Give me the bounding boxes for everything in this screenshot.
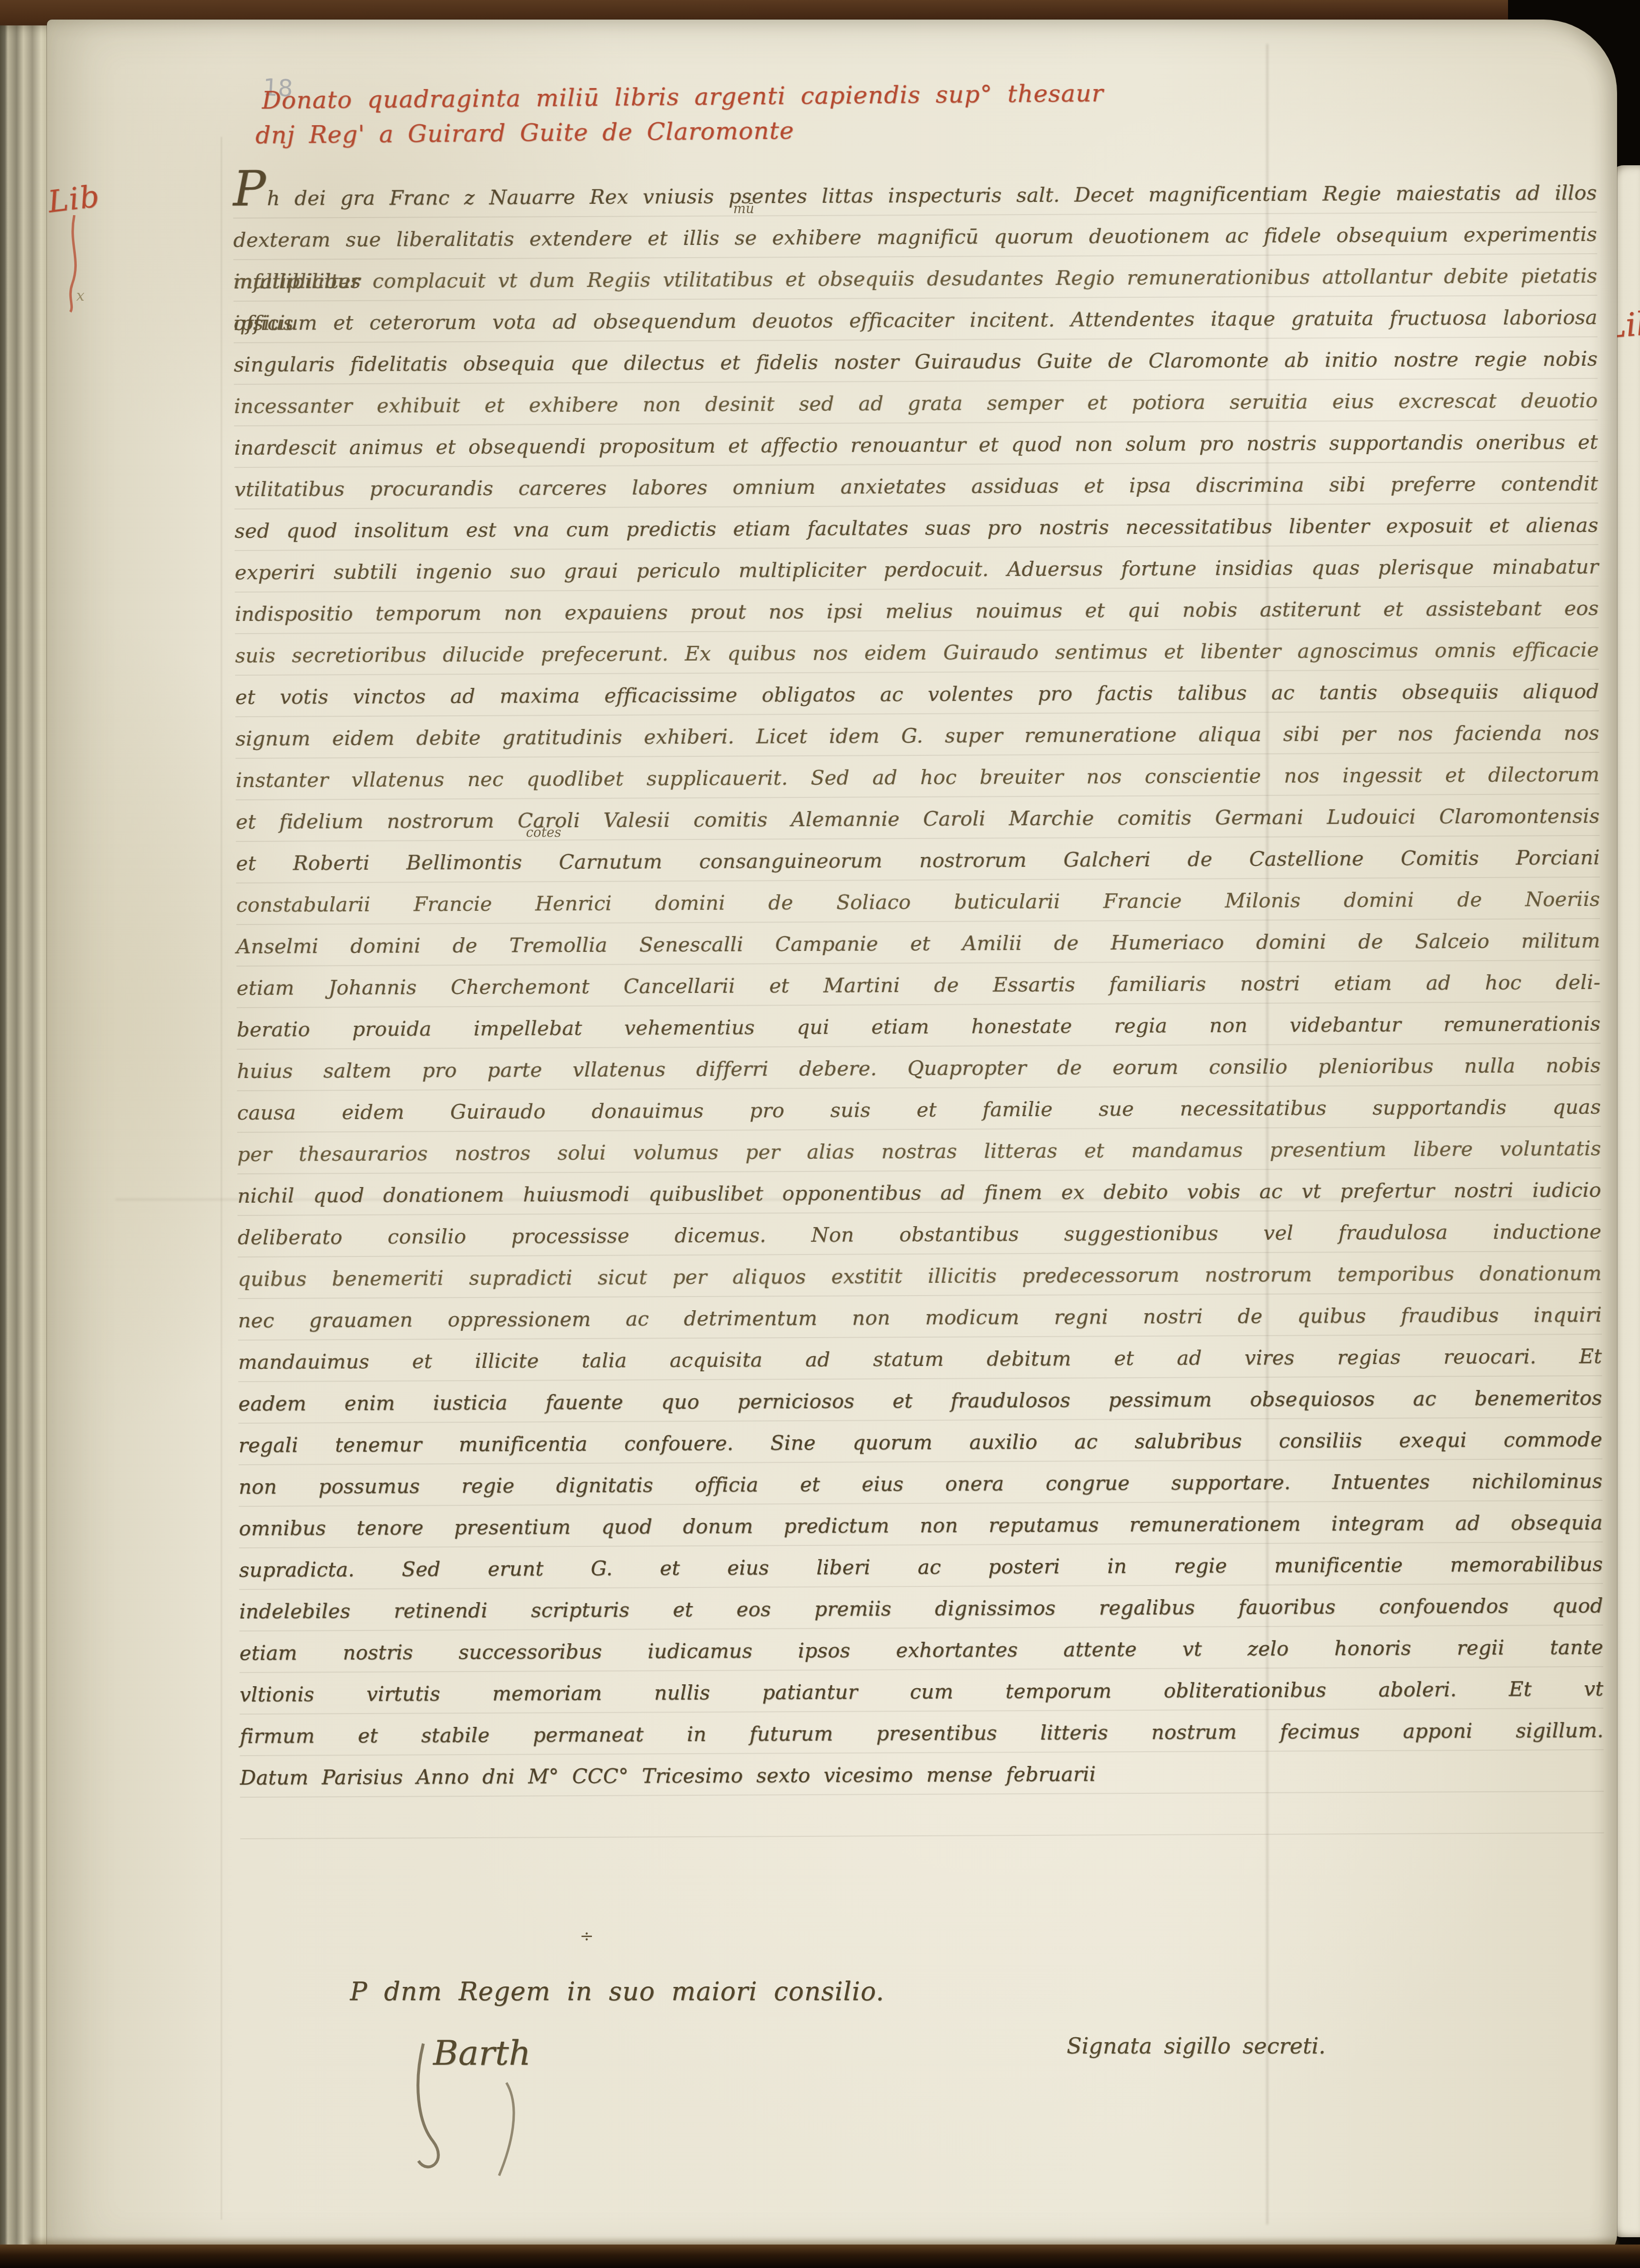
- text-line: etiam nostris successoribus iudicamus ip…: [240, 1627, 1603, 1674]
- text-line: constabularii Francie Henrici domini de …: [236, 879, 1600, 926]
- text-line: suis secretioribus dilucide prefecerunt.…: [235, 629, 1599, 677]
- text-line: et votis vinctos ad maxima efficacissime…: [235, 671, 1599, 718]
- text-line: et Roberti Bellimontis Carnutum consangu…: [236, 837, 1600, 884]
- seal-annotation: Signata sigillo secreti.: [1067, 2033, 1326, 2059]
- rubric-line-1: Donato quadraginta miliū libris argenti …: [262, 76, 1493, 114]
- margin-lib-mark: Lib: [46, 178, 102, 220]
- rubric-line-2: dnj Reg' a Guirard Guite de Claromonte: [255, 110, 1494, 149]
- rubric-heading: Donato quadraginta miliū libris argenti …: [262, 76, 1494, 149]
- margin-x-mark: x: [76, 287, 85, 305]
- text-line: Anselmi domini de Tremollia Senescalli C…: [236, 920, 1600, 968]
- text-line: officium et ceterorum vota ad obsequendu…: [234, 297, 1597, 344]
- text-line: multipliciter complacuit vt dum Regiis v…: [233, 255, 1597, 303]
- text-line-dating-clause: Datum Parisius Anno dni M° CCC° Tricesim…: [240, 1751, 1604, 1799]
- text-line: experiri subtili ingenio suo graui peric…: [235, 546, 1598, 594]
- text-line: quibus benemeriti supradicti sicut per a…: [238, 1253, 1601, 1300]
- text-line: deliberato consilio processisse dicemus.…: [238, 1211, 1601, 1258]
- interlinear-correction: cōtes: [526, 825, 561, 840]
- text-line: etiam Johannis Cherchemont Cancellarii e…: [237, 962, 1600, 1009]
- text-line: indispositio temporum non expauiens prou…: [235, 588, 1598, 635]
- text-line: firmum et stabile permaneat in futurum p…: [240, 1710, 1603, 1757]
- line-filler-mark: ÷: [580, 1926, 594, 1946]
- text-line: beratio prouida impellebat vehementius q…: [237, 1003, 1600, 1051]
- text-line: incessanter exhibuit et exhibere non des…: [234, 380, 1597, 427]
- text-line: causa eidem Guiraudo donauimus pro suis …: [237, 1086, 1601, 1134]
- text-line: vltionis virtutis memoriam nullis patian…: [240, 1668, 1603, 1716]
- subscription-per-regem: P dnm Regem in suo maiori consilio.: [350, 1977, 884, 2006]
- text-line: omnibus tenore presentium quod donum pre…: [239, 1502, 1602, 1549]
- text-line: instanter vllatenus nec quodlibet suppli…: [236, 754, 1599, 801]
- text-line: vtilitatibus procurandis carceres labore…: [234, 463, 1598, 510]
- text-line: et fidelium nostrorum Caroli Valesii com…: [236, 795, 1599, 843]
- text-line: regali tenemur munificentia confouere. S…: [239, 1419, 1602, 1466]
- text-line: mandauimus et illicite talia acquisita a…: [238, 1336, 1602, 1383]
- text-line: per thesaurarios nostros solui volumus p…: [237, 1128, 1601, 1175]
- text-line: singularis fidelitatis obsequia que dile…: [234, 338, 1597, 386]
- book-bottom-edge: [0, 2245, 1640, 2268]
- text-line: inardescit animus et obsequendi proposit…: [234, 421, 1598, 469]
- text-line: supradicta. Sed erunt G. et eius liberi …: [239, 1543, 1603, 1591]
- text-line: huius saltem pro parte vllatenus differr…: [237, 1045, 1600, 1092]
- parchment-folio: 18 Lib x Donato quadraginta miliū libris…: [47, 20, 1617, 2257]
- margin-ruling-line: [221, 137, 222, 2220]
- manuscript-photo: Lib 18 Lib x Donato quadraginta miliū li…: [0, 0, 1640, 2268]
- margin-mark-flourish: [60, 215, 89, 313]
- text-line: eadem enim iusticia fauente quo pernicio…: [238, 1377, 1602, 1425]
- clerk-signature: Barth: [433, 2033, 531, 2073]
- text-line: signum eidem debite gratitudinis exhiber…: [235, 712, 1599, 760]
- text-line: sed quod insolitum est vna cum predictis…: [235, 505, 1598, 552]
- text-line: nichil quod donationem huiusmodi quibusl…: [237, 1169, 1601, 1217]
- text-line: dexteram sue liberalitatis extendere et …: [233, 214, 1597, 261]
- text-line: nec grauamen oppressionem ac detrimentum…: [238, 1294, 1602, 1342]
- text-line: Ph dei gra Franc z Nauarre Rex vniusis p…: [233, 172, 1597, 220]
- text-line: indelebiles retinendi scripturis et eos …: [239, 1585, 1603, 1632]
- text-line: non possumus regie dignitatis officia et…: [239, 1460, 1602, 1508]
- text-line-dating-clause: [240, 1793, 1604, 1840]
- interlinear-correction: mū: [733, 201, 754, 217]
- charter-body-text: Ph dei gra Franc z Nauarre Rex vniusis p…: [233, 172, 1604, 1840]
